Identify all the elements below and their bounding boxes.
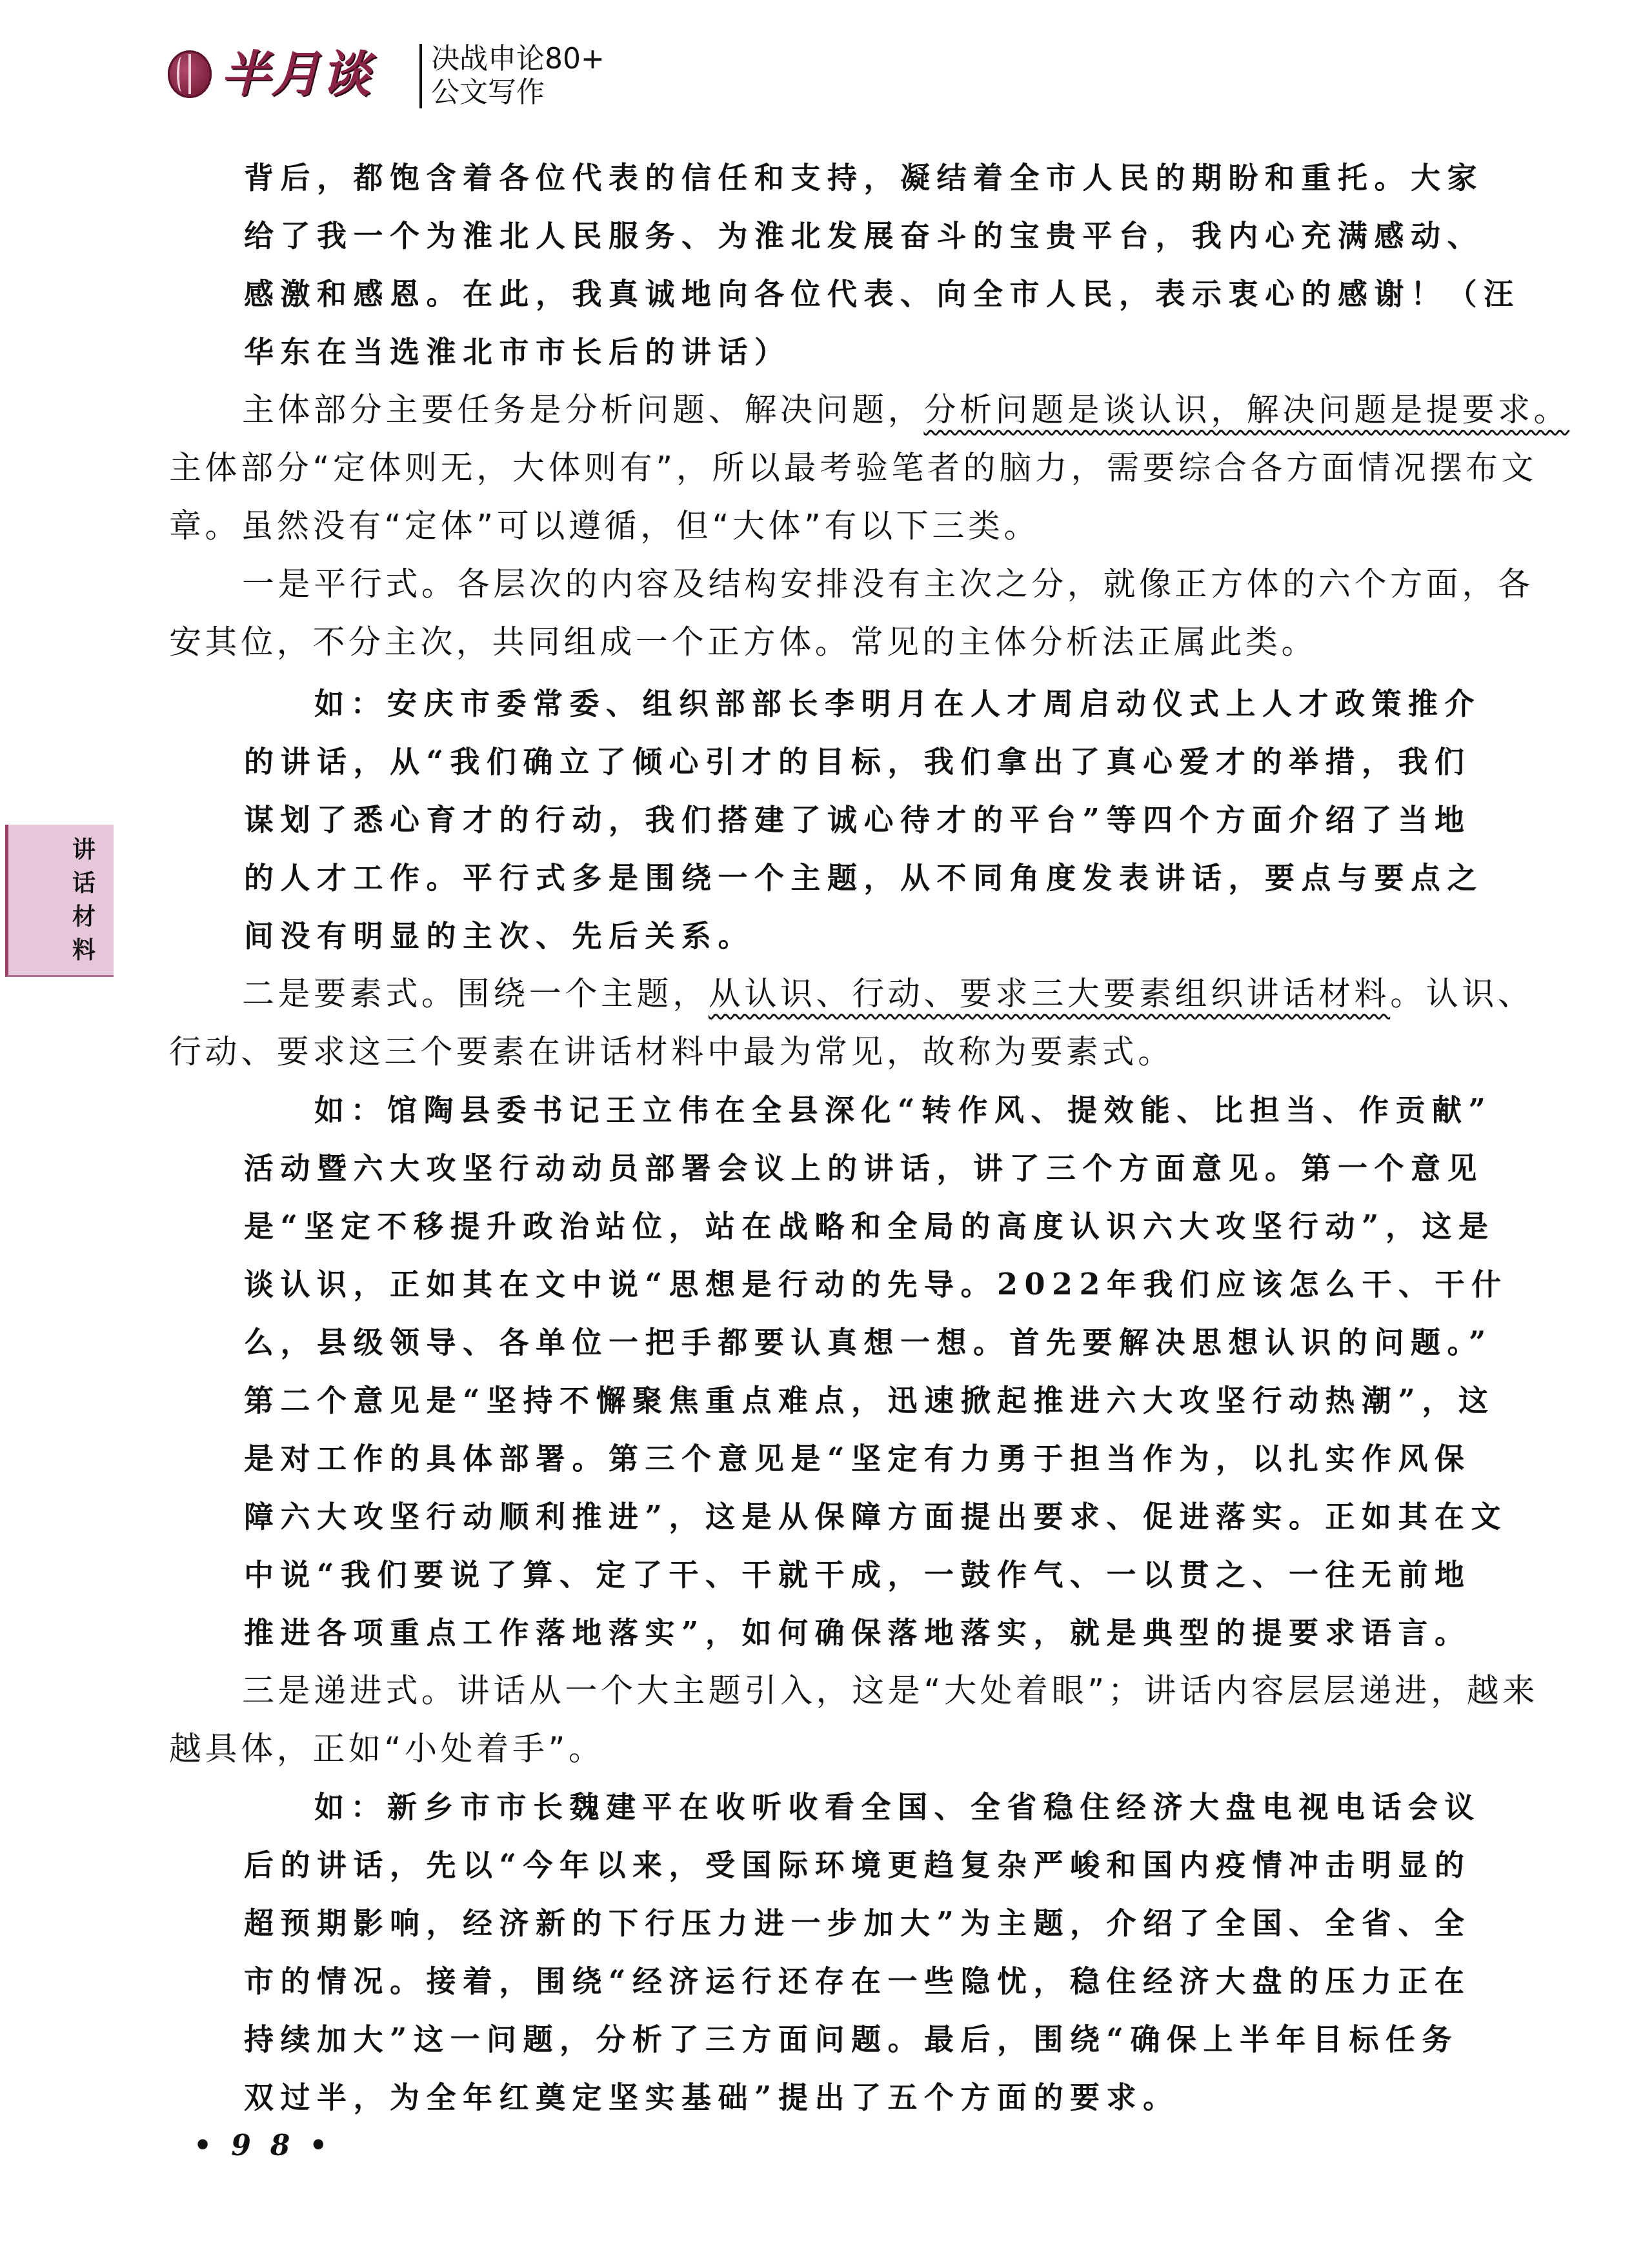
body-line: 三是递进式。讲话从一个大主题引入，这是“大处着眼”；讲话内容层层递进，越来: [242, 1668, 1538, 1713]
quote-line: 背后，都饱含着各位代表的信任和支持，凝结着全市人民的期盼和重托。大家: [244, 155, 1484, 200]
subtitle-line-1: 决战申论80+: [431, 43, 605, 76]
example-line: 的讲话，从“我们确立了倾心引才的目标，我们拿出了真心爱才的举措，我们: [244, 739, 1471, 784]
page-number: •98•: [194, 2129, 347, 2162]
section-side-tab: 讲话材料: [5, 825, 114, 977]
body-line: 安其位，不分主次，共同组成一个正方体。常见的主体分析法正属此类。: [169, 619, 1317, 665]
book-subtitle: 决战申论80+ 公文写作: [431, 43, 605, 110]
example-line: 持续加大”这一问题，分析了三方面问题。最后，围绕“确保上半年目标任务: [244, 2016, 1458, 2062]
example-line: 双过半，为全年红奠定坚实基础”提出了五个方面的要求。: [244, 2075, 1179, 2120]
body-line: 主体部分主要任务是分析问题、解决问题，分析问题是谈认识，解决问题是提要求。: [242, 387, 1569, 432]
page-number-value: 98: [231, 2129, 309, 2162]
page-bullet-left: •: [194, 2129, 231, 2162]
example-line: 的人才工作。平行式多是围绕一个主题，从不同角度发表讲话，要点与要点之: [244, 855, 1484, 900]
body-text: 二是要素式。围绕一个主题，: [242, 975, 709, 1012]
body-line: 行动、要求这三个要素在讲话材料中最为常见，故称为要素式。: [169, 1029, 1174, 1074]
header-divider: [419, 44, 422, 108]
example-line: 如：安庆市委常委、组织部部长李明月在人才周启动仪式上人才政策推介: [314, 681, 1481, 726]
brand-name: 半月谈: [221, 45, 372, 103]
example-line: 活动暨六大攻坚行动动员部署会议上的讲话，讲了三个方面意见。第一个意见: [244, 1145, 1484, 1191]
example-line: 是对工作的具体部署。第三个意见是“坚定有力勇于担当作为，以扎实作风保: [244, 1436, 1471, 1481]
wavy-underlined-text: 分析问题是谈认识，解决问题是提要求。: [923, 391, 1569, 428]
example-line: 超预期影响，经济新的下行压力进一步加大”为主题，介绍了全国、全省、全: [244, 1900, 1471, 1945]
body-text: 主体部分主要任务是分析问题、解决问题，: [242, 391, 923, 428]
subtitle-line-2: 公文写作: [431, 76, 605, 110]
brand-logo: 半月谈: [161, 39, 403, 103]
body-line: 章。虽然没有“定体”可以遵循，但“大体”有以下三类。: [169, 503, 1040, 548]
example-line: 是“坚定不移提升政治站位，站在战略和全局的高度认识六大攻坚行动”，这是: [244, 1203, 1495, 1249]
example-line: 第二个意见是“坚持不懈聚焦重点难点，迅速掀起推进六大攻坚行动热潮”，这: [244, 1378, 1495, 1423]
body-line: 越具体，正如“小处着手”。: [169, 1726, 605, 1771]
example-line: 谋划了悉心育才的行动，我们搭建了诚心待才的平台”等四个方面介绍了当地: [244, 797, 1471, 842]
brand-emblem-icon: [168, 50, 212, 98]
body-text: 。认识、: [1390, 975, 1533, 1012]
example-line: 市的情况。接着，围绕“经济运行还存在一些隐忧，稳住经济大盘的压力正在: [244, 1958, 1471, 2004]
example-line: 间没有明显的主次、先后关系。: [244, 913, 754, 958]
example-line: 障六大攻坚行动顺利推进”，这是从保障方面提出要求、促进落实。正如其在文: [244, 1494, 1507, 1539]
quote-line: 感激和感恩。在此，我真诚地向各位代表、向全市人民，表示衷心的感谢！（汪: [244, 271, 1520, 316]
quote-line: 给了我一个为淮北人民服务、为淮北发展奋斗的宝贵平台，我内心充满感动、: [244, 213, 1484, 258]
quote-line: 华东在当选淮北市市长后的讲话）: [244, 329, 791, 374]
body-line: 二是要素式。围绕一个主题，从认识、行动、要求三大要素组织讲话材料。认识、: [242, 971, 1534, 1016]
body-line: 主体部分“定体则无，大体则有”，所以最考验笔者的脑力，需要综合各方面情况摆布文: [169, 445, 1537, 490]
example-line: 谈认识，正如其在文中说“思想是行动的先导。2022年我们应该怎么干、干什: [244, 1261, 1508, 1307]
body-line: 一是平行式。各层次的内容及结构安排没有主次之分，就像正方体的六个方面，各: [242, 561, 1534, 607]
example-line: 如：馆陶县委书记王立伟在全县深化“转作风、提效能、比担当、作贡献”: [314, 1087, 1492, 1132]
section-side-tab-label: 讲话材料: [71, 834, 97, 968]
wavy-underlined-text: 从认识、行动、要求三大要素组织讲话材料: [709, 975, 1390, 1012]
example-line: 如：新乡市市长魏建平在收听收看全国、全省稳住经济大盘电视电话会议: [314, 1784, 1481, 1829]
example-line: 么，县级领导、各单位一把手都要认真想一想。首先要解决思想认识的问题。”: [244, 1320, 1493, 1365]
example-line: 后的讲话，先以“今年以来，受国际环境更趋复杂严峻和国内疫情冲击明显的: [244, 1842, 1471, 1887]
example-line: 中说“我们要说了算、定了干、干就干成，一鼓作气、一以贯之、一往无前地: [244, 1552, 1471, 1597]
page-bullet-right: •: [309, 2129, 347, 2162]
example-line: 推进各项重点工作落地落实”，如何确保落地落实，就是典型的提要求语言。: [244, 1610, 1471, 1655]
